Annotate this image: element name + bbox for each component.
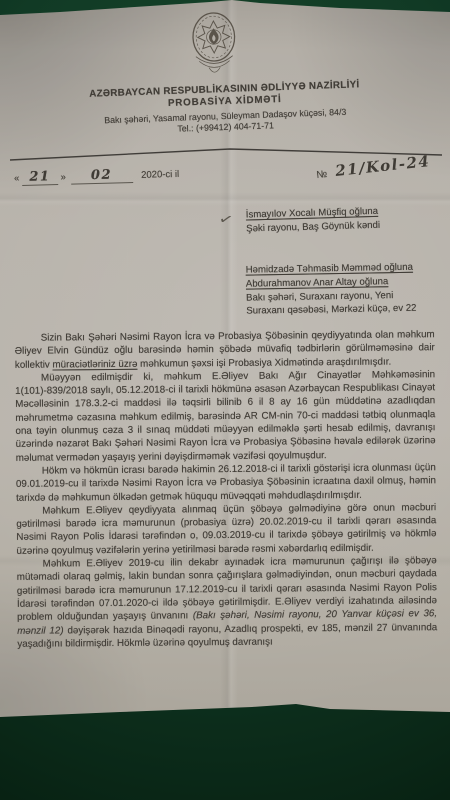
paragraph-5-text-end: dəyişərək hazıda Binəqədi rayonu, Azadlı… — [17, 622, 437, 650]
date-day-slot: 21 — [22, 169, 58, 186]
paragraph-1-underlined-text: müraciətləriniz üzrə — [52, 358, 137, 370]
azerbaijan-state-emblem-icon — [185, 7, 243, 82]
paragraph-1: Sizin Bakı Şəhəri Nəsimi Rayon İcra və P… — [15, 328, 435, 372]
letter-body: Sizin Bakı Şəhəri Nəsimi Rayon İcra və P… — [15, 328, 438, 651]
letterhead: AZƏRBAYCAN RESPUBLİKASININ ƏDLİYYƏ NAZİR… — [14, 77, 435, 140]
paragraph-3: Hökm və hökmün icrası barədə hakimin 26.… — [16, 461, 436, 505]
letter-date: « 21 » 02 2020-ci il — [14, 166, 180, 186]
date-day-handwritten: 21 — [29, 169, 50, 185]
date-quote-open: « — [14, 173, 20, 184]
recipient-block-2: Həmidzadə Təhmasib Məmməd oğluna Abdurah… — [246, 260, 439, 319]
paragraph-2: Müəyyən edilmişdir ki, məhkum E.Əliyev B… — [15, 368, 436, 465]
recipient-block-1: İsmayılov Xocalı Müşfiq oğluna Şəki rayo… — [246, 203, 427, 236]
paragraph-1-text-end: məhkumun şəxsi işi Probasiya Xidmətində … — [137, 356, 391, 369]
number-label: № — [316, 169, 328, 181]
date-month-handwritten: 02 — [91, 168, 112, 184]
date-year-text: 2020-ci il — [141, 169, 179, 181]
photo-background: AZƏRBAYCAN RESPUBLİKASININ ƏDLİYYƏ NAZİR… — [0, 0, 450, 800]
letter-paper: AZƏRBAYCAN RESPUBLİKASININ ƏDLİYYƏ NAZİR… — [0, 0, 450, 800]
recipient-address: Suraxanı qəsəbəsi, Mərkəzi küçə, ev 22 — [246, 302, 438, 319]
date-month-slot: 02 — [70, 167, 132, 185]
date-quote-close: » — [60, 172, 66, 183]
paragraph-5: Məhkum E.Əliyev 2019-cu ilin dekabr ayın… — [17, 554, 438, 651]
paragraph-4: Məhkum E.Əliyev qeydiyyata alınmaq üçün … — [16, 501, 436, 558]
